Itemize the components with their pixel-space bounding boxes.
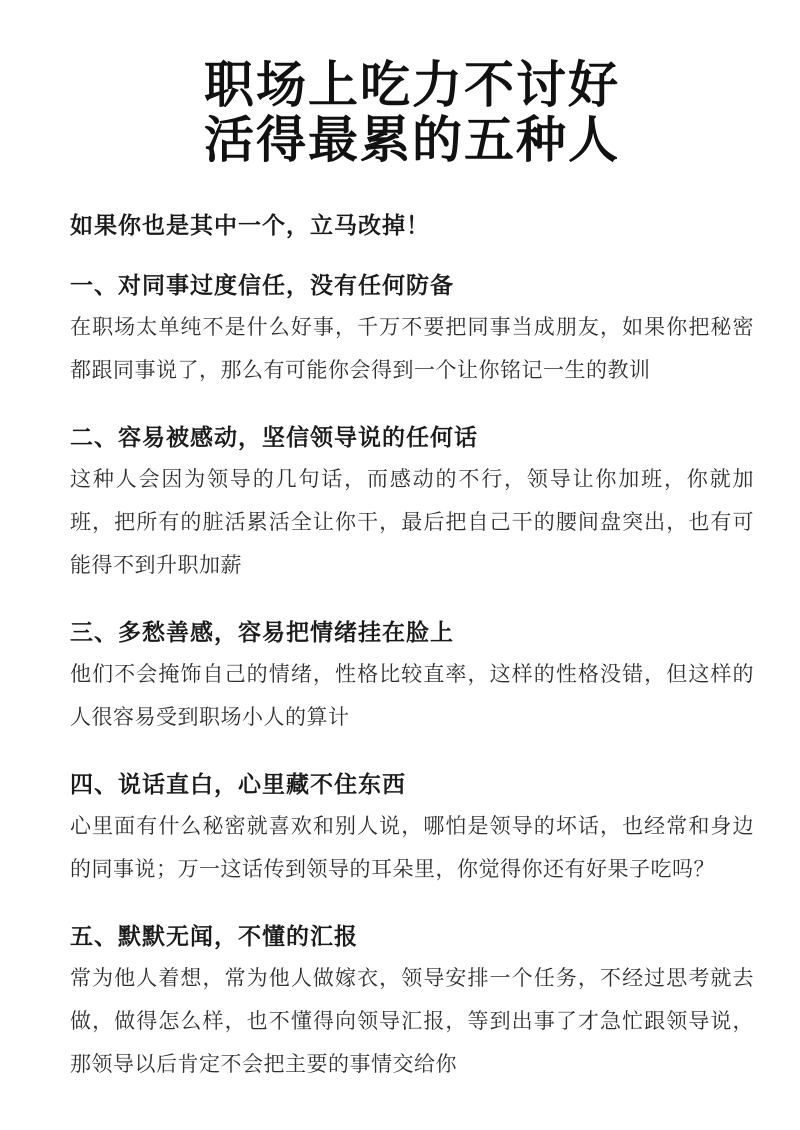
section-4: 四、说话直白，心里藏不住东西 心里面有什么秘密就喜欢和别人说，哪怕是领导的坏话，… — [70, 769, 754, 891]
section-1-heading: 一、对同事过度信任，没有任何防备 — [70, 270, 754, 300]
section-5-body: 常为他人着想，常为他人做嫁衣，领导安排一个任务，不经过思考就去做，做得怎么样，也… — [70, 957, 754, 1086]
poster-page: 职场上吃力不讨好 活得最累的五种人 如果你也是其中一个，立马改掉！ 一、对同事过… — [0, 0, 800, 1130]
section-4-body: 心里面有什么秘密就喜欢和别人说，哪怕是领导的坏话，也经常和身边的同事说；万一这话… — [70, 805, 754, 891]
section-4-heading: 四、说话直白，心里藏不住东西 — [70, 769, 754, 799]
subtitle: 如果你也是其中一个，立马改掉！ — [70, 210, 754, 240]
section-5-heading: 五、默默无闻，不懂的汇报 — [70, 921, 754, 951]
section-2-heading: 二、容易被感动，坚信领导说的任何话 — [70, 422, 754, 452]
section-3: 三、多愁善感，容易把情绪挂在脸上 他们不会掩饰自己的情绪，性格比较直率，这样的性… — [70, 617, 754, 739]
section-1: 一、对同事过度信任，没有任何防备 在职场太单纯不是什么好事，千万不要把同事当成朋… — [70, 270, 754, 392]
title-line-1: 职场上吃力不讨好 — [70, 58, 754, 113]
section-3-heading: 三、多愁善感，容易把情绪挂在脸上 — [70, 617, 754, 647]
section-5: 五、默默无闻，不懂的汇报 常为他人着想，常为他人做嫁衣，领导安排一个任务，不经过… — [70, 921, 754, 1086]
page-title: 职场上吃力不讨好 活得最累的五种人 — [70, 58, 754, 168]
title-line-2: 活得最累的五种人 — [70, 113, 754, 168]
section-1-body: 在职场太单纯不是什么好事，千万不要把同事当成朋友，如果你把秘密都跟同事说了，那么… — [70, 306, 754, 392]
section-2-body: 这种人会因为领导的几句话，而感动的不行，领导让你加班，你就加班，把所有的脏活累活… — [70, 458, 754, 587]
section-3-body: 他们不会掩饰自己的情绪，性格比较直率，这样的性格没错，但这样的人很容易受到职场小… — [70, 653, 754, 739]
section-2: 二、容易被感动，坚信领导说的任何话 这种人会因为领导的几句话，而感动的不行，领导… — [70, 422, 754, 587]
